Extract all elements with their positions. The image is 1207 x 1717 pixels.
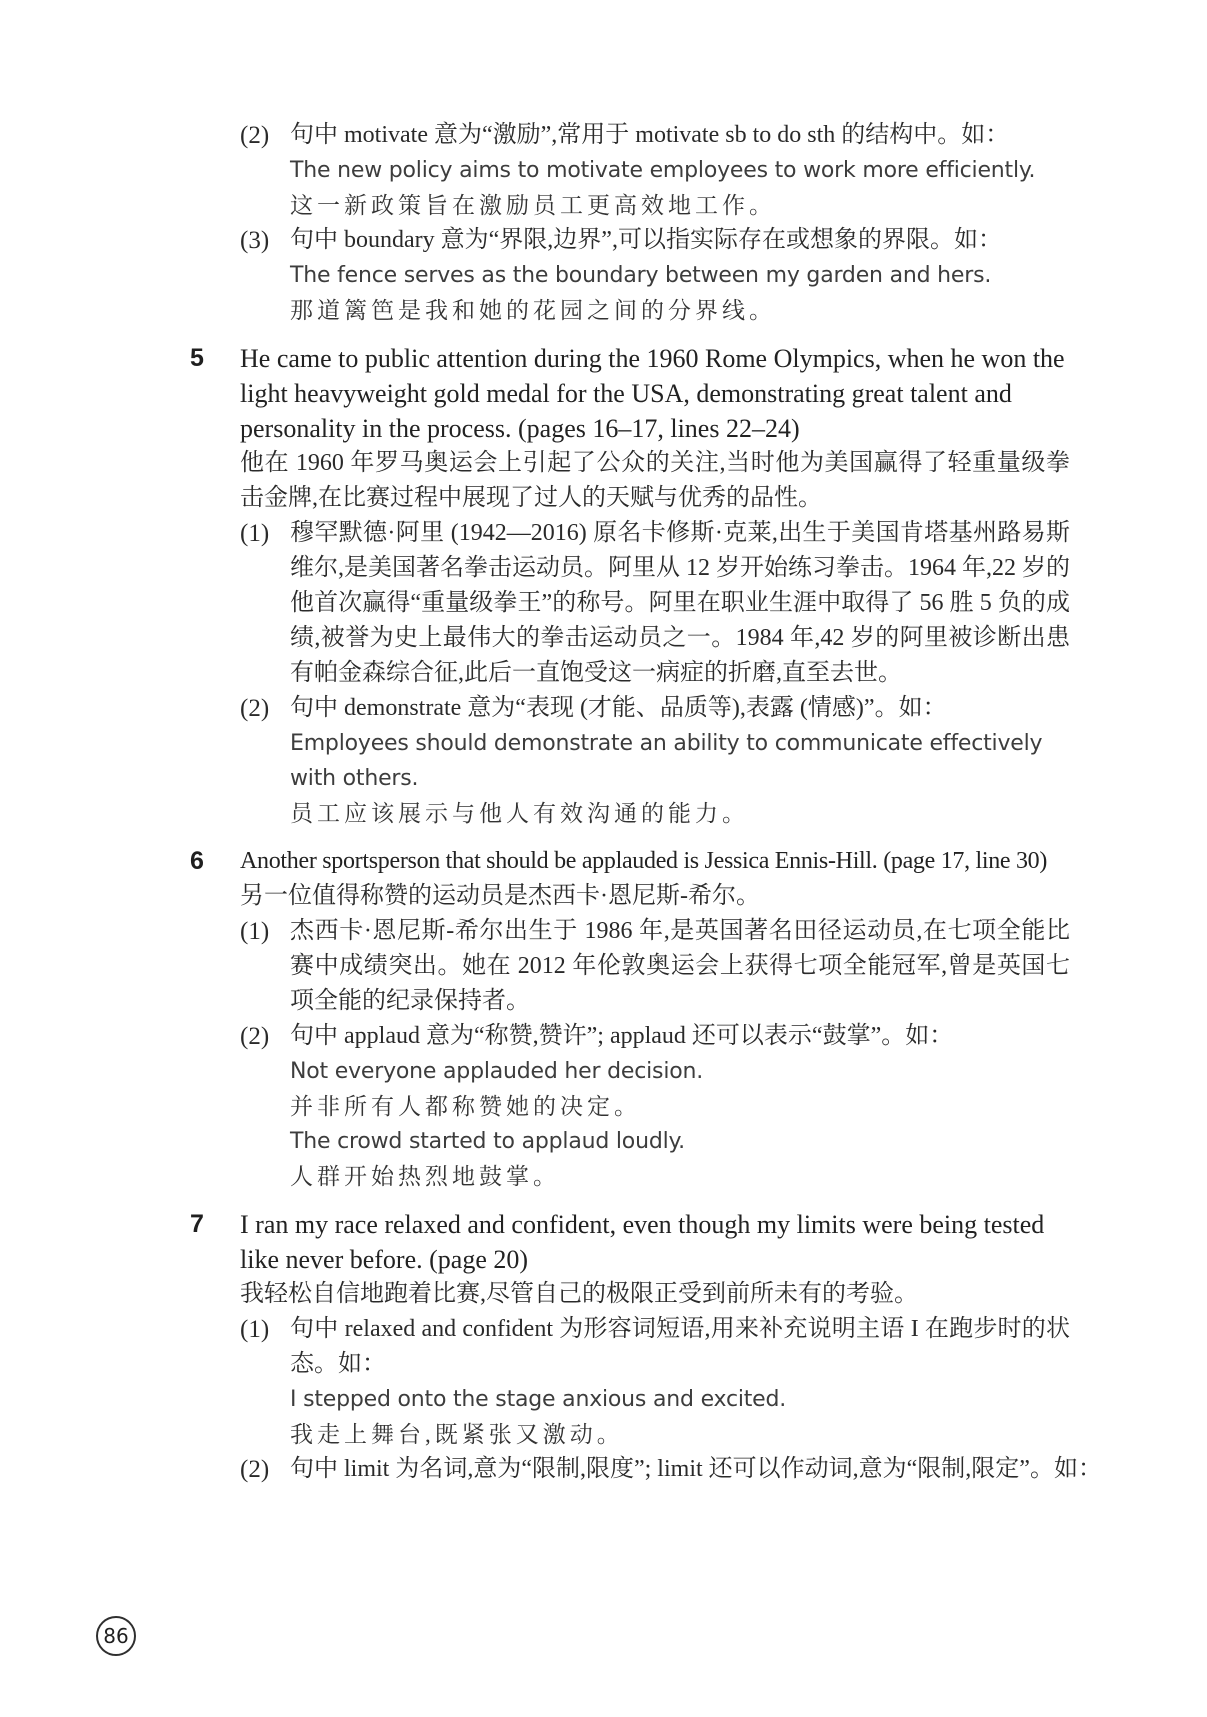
sub-item-head: 句中 relaxed and confident 为形容词短语,用来补充说明主语… <box>290 1312 1070 1382</box>
sub-item-head: 穆罕默德·阿里 (1942—2016) 原名卡修斯·克莱,出生于美国肯塔基州路易… <box>290 516 1070 691</box>
example-chinese: 这一新政策旨在激励员工更高效地工作。 <box>290 188 1070 223</box>
sub-item: (2) 句中 applaud 意为“称赞,赞许”; applaud 还可以表示“… <box>240 1019 1070 1194</box>
sub-item-marker: (1) <box>240 914 290 949</box>
sub-item-head: 句中 demonstrate 意为“表现 (才能、品质等),表露 (情感)”。如… <box>290 691 1070 726</box>
sub-item-marker: (2) <box>240 1019 290 1054</box>
example-english: The fence serves as the boundary between… <box>290 258 1070 293</box>
example-english: I stepped onto the stage anxious and exc… <box>290 1382 1070 1417</box>
sub-item-head: 句中 boundary 意为“界限,边界”,可以指实际存在或想象的界限。如： <box>290 223 1070 258</box>
sub-item-head: 杰西卡·恩尼斯-希尔出生于 1986 年,是英国著名田径运动员,在七项全能比赛中… <box>290 914 1070 1019</box>
sub-item: (1) 穆罕默德·阿里 (1942—2016) 原名卡修斯·克莱,出生于美国肯塔… <box>240 516 1070 691</box>
sub-item-marker: (2) <box>240 118 290 153</box>
example-english: Not everyone applauded her decision. <box>290 1054 1070 1089</box>
item-number: 7 <box>190 1207 240 1242</box>
content-area: (2) 句中 motivate 意为“激励”,常用于 motivate sb t… <box>190 118 1070 1487</box>
sub-item: (1) 杰西卡·恩尼斯-希尔出生于 1986 年,是英国著名田径运动员,在七项全… <box>240 914 1070 1019</box>
document-page: (2) 句中 motivate 意为“激励”,常用于 motivate sb t… <box>0 0 1207 1717</box>
numbered-item: 6 Another sportsperson that should be ap… <box>190 844 1070 1194</box>
sub-item-head: 句中 limit 为名词,意为“限制,限度”; limit 还可以作动词,意为“… <box>290 1452 1070 1487</box>
orphan-sub-items: (2) 句中 motivate 意为“激励”,常用于 motivate sb t… <box>240 118 1070 328</box>
example-chinese: 那道篱笆是我和她的花园之间的分界线。 <box>290 293 1070 328</box>
sub-item-marker: (1) <box>240 516 290 551</box>
sub-item: (3) 句中 boundary 意为“界限,边界”,可以指实际存在或想象的界限。… <box>240 223 1070 328</box>
item-chinese-translation: 他在 1960 年罗马奥运会上引起了公众的关注,当时他为美国赢得了轻重量级拳击金… <box>240 446 1070 516</box>
page-number-badge: 86 <box>96 1616 136 1656</box>
example-english: The new policy aims to motivate employee… <box>290 153 1070 188</box>
item-english-sentence: I ran my race relaxed and confident, eve… <box>240 1207 1070 1277</box>
example-english: Employees should demonstrate an ability … <box>290 726 1070 796</box>
sub-item: (2) 句中 demonstrate 意为“表现 (才能、品质等),表露 (情感… <box>240 691 1070 831</box>
sub-item-head: 句中 applaud 意为“称赞,赞许”; applaud 还可以表示“鼓掌”。… <box>290 1019 1070 1054</box>
numbered-item: 5 He came to public attention during the… <box>190 341 1070 831</box>
item-number: 5 <box>190 341 240 376</box>
numbered-item: 7 I ran my race relaxed and confident, e… <box>190 1207 1070 1487</box>
sub-item: (2) 句中 motivate 意为“激励”,常用于 motivate sb t… <box>240 118 1070 223</box>
item-chinese-translation: 我轻松自信地跑着比赛,尽管自己的极限正受到前所未有的考验。 <box>240 1277 1070 1312</box>
sub-item-marker: (2) <box>240 691 290 726</box>
page-number: 86 <box>103 1624 128 1648</box>
example-chinese: 人群开始热烈地鼓掌。 <box>290 1159 1070 1194</box>
item-english-sentence: He came to public attention during the 1… <box>240 341 1070 446</box>
sub-item-marker: (1) <box>240 1312 290 1347</box>
example-chinese: 员工应该展示与他人有效沟通的能力。 <box>290 796 1070 831</box>
item-number: 6 <box>190 844 240 879</box>
example-chinese: 并非所有人都称赞她的决定。 <box>290 1089 1070 1124</box>
example-chinese: 我走上舞台,既紧张又激动。 <box>290 1417 1070 1452</box>
item-english-sentence: Another sportsperson that should be appl… <box>240 844 1070 879</box>
item-chinese-translation: 另一位值得称赞的运动员是杰西卡·恩尼斯-希尔。 <box>240 879 1070 914</box>
sub-item-head: 句中 motivate 意为“激励”,常用于 motivate sb to do… <box>290 118 1070 153</box>
sub-item: (1) 句中 relaxed and confident 为形容词短语,用来补充… <box>240 1312 1070 1452</box>
example-english: The crowd started to applaud loudly. <box>290 1124 1070 1159</box>
sub-item-marker: (3) <box>240 223 290 258</box>
sub-item: (2) 句中 limit 为名词,意为“限制,限度”; limit 还可以作动词… <box>240 1452 1070 1487</box>
sub-item-marker: (2) <box>240 1452 290 1487</box>
